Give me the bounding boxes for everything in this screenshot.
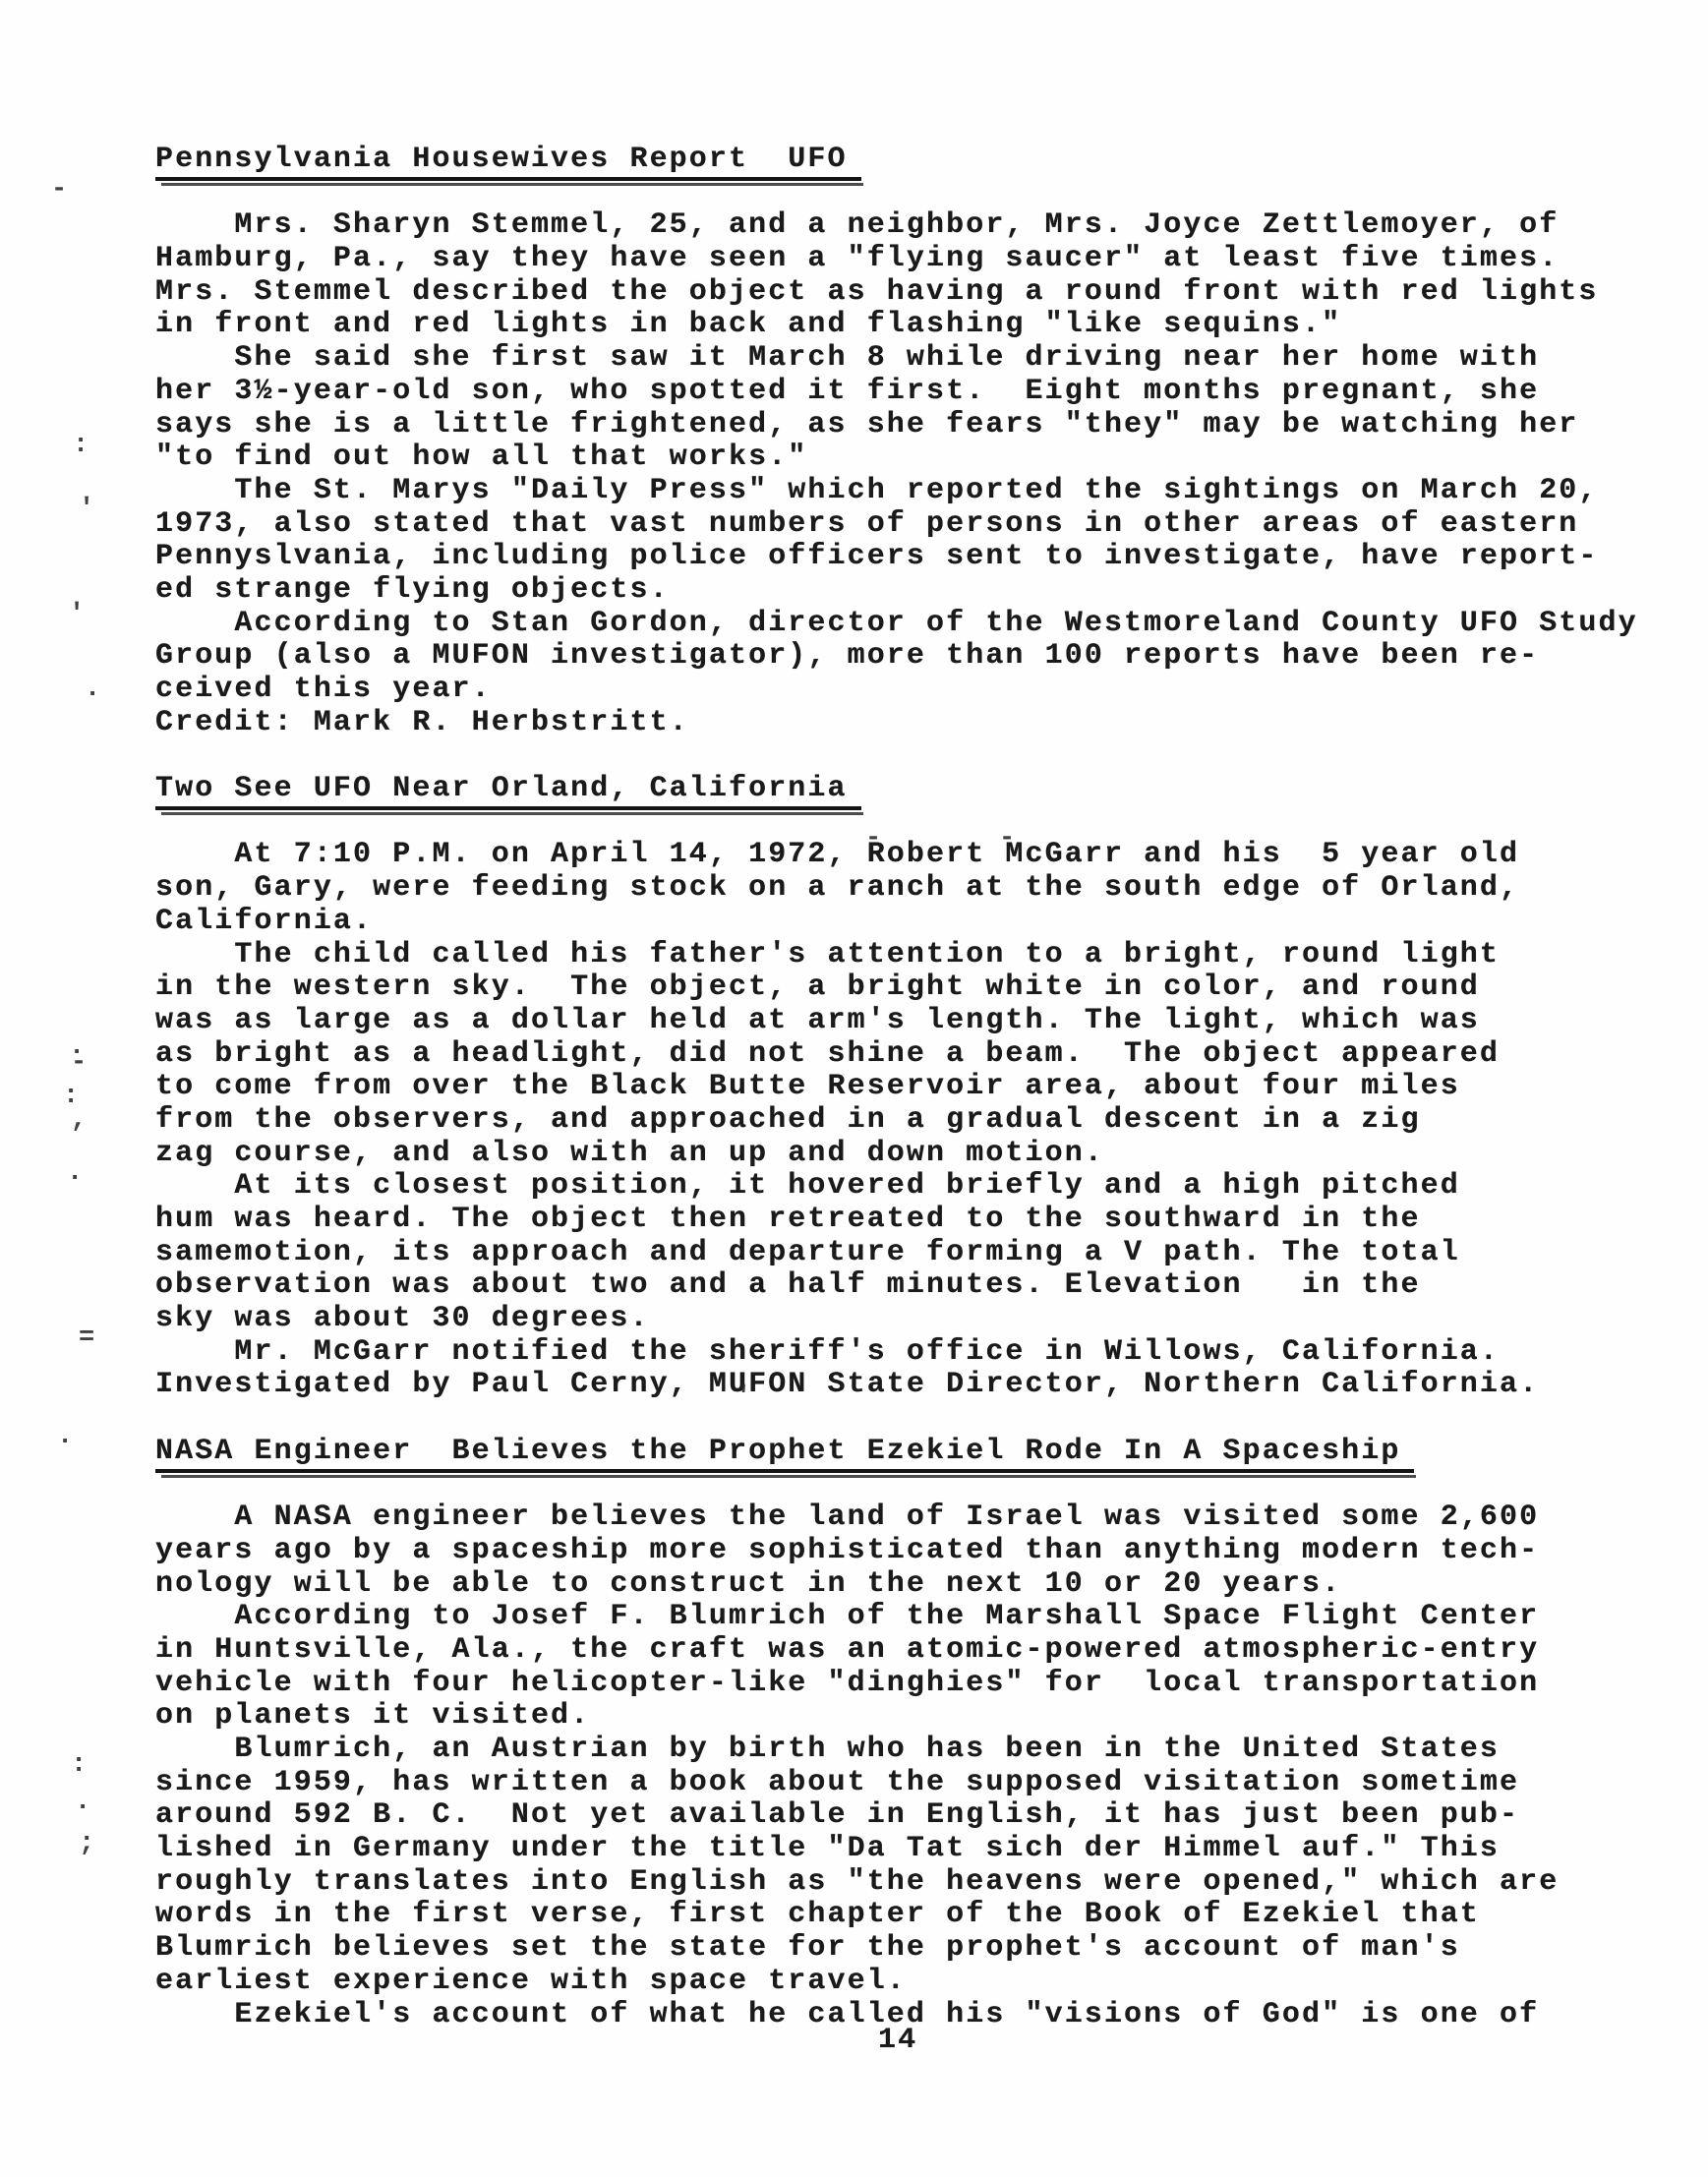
text-line: was as large as a dollar held at arm's l… (155, 1005, 1689, 1038)
section-heading-row: NASA Engineer Believes the Prophet Ezeki… (155, 1436, 1689, 1469)
ink-speck: ' (69, 602, 85, 628)
ink-speck: ; (79, 1831, 94, 1857)
text-line: since 1959, has written a book about the… (155, 1767, 1689, 1800)
ink-speck: ' (736, 1384, 751, 1411)
text-line: sky was about 30 degrees. (155, 1303, 1689, 1336)
ink-speck: - (999, 826, 1015, 853)
spacer-row (155, 739, 1689, 773)
text-line: Blumrich believes set the state for the … (155, 1932, 1689, 1966)
text-line: Pennyslvania, including police officers … (155, 541, 1689, 574)
text-line: Mr. McGarr notified the sheriff's office… (155, 1336, 1689, 1370)
text-line: She said she first saw it March 8 while … (155, 342, 1689, 376)
section-heading: NASA Engineer Believes the Prophet Ezeki… (155, 1436, 1414, 1473)
text-line: "to find out how all that works." (155, 441, 1689, 475)
text-line: Group (also a MUFON investigator), more … (155, 640, 1689, 674)
text-line: words in the first verse, first chapter … (155, 1899, 1689, 1932)
text-line: nology will be able to construct in the … (155, 1568, 1689, 1602)
text-line: Mrs. Stemmel described the object as hav… (155, 276, 1689, 310)
text-line: Hamburg, Pa., say they have seen a "flyi… (155, 243, 1689, 276)
text-column: Pennsylvania Housewives Report UFO Mrs. … (155, 144, 1689, 2031)
ink-speck: . (67, 1160, 83, 1187)
text-line: samemotion, its approach and departure f… (155, 1237, 1689, 1270)
page-number: 14 (878, 2024, 917, 2057)
text-line: vehicle with four helicopter-like "dingh… (155, 1668, 1689, 1701)
text-line: earliest experience with space travel. (155, 1966, 1689, 1999)
text-line: A NASA engineer believes the land of Isr… (155, 1501, 1689, 1535)
text-line: roughly translates into English as "the … (155, 1866, 1689, 1900)
ink-speck: : (73, 433, 88, 459)
text-line: The St. Marys "Daily Press" which report… (155, 475, 1689, 508)
section-heading: Two See UFO Near Orland, California (155, 773, 861, 810)
text-line: says she is a little frightened, as she … (155, 409, 1689, 442)
text-line: California. (155, 906, 1689, 939)
text-line: lished in Germany under the title "Da Ta… (155, 1833, 1689, 1866)
section-heading-row: Two See UFO Near Orland, California (155, 773, 1689, 806)
ink-speck: - (71, 1050, 87, 1077)
text-line: At its closest position, it hovered brie… (155, 1170, 1689, 1204)
text-line: 1973, also stated that vast numbers of p… (155, 508, 1689, 542)
text-line: According to Josef F. Blumrich of the Ma… (155, 1601, 1689, 1634)
ink-speck: . (57, 1424, 73, 1450)
text-line: on planets it visited. (155, 1700, 1689, 1734)
ink-speck: . (75, 1790, 90, 1816)
text-line: hum was heard. The object then retreated… (155, 1204, 1689, 1237)
ink-speck: - (51, 177, 67, 204)
text-line: her 3½-year-old son, who spotted it firs… (155, 376, 1689, 409)
text-line: in Huntsville, Ala., the craft was an at… (155, 1634, 1689, 1668)
section-heading-row: Pennsylvania Housewives Report UFO (155, 144, 1689, 177)
ink-speck: . (85, 677, 100, 703)
text-line: years ago by a spaceship more sophistica… (155, 1535, 1689, 1568)
text-line: ceived this year. (155, 674, 1689, 707)
text-line: to come from over the Black Butte Reserv… (155, 1071, 1689, 1104)
text-line: Blumrich, an Austrian by birth who has b… (155, 1734, 1689, 1767)
spacer-row (155, 1402, 1689, 1436)
ink-speck: : (71, 1752, 87, 1779)
text-line: Credit: Mark R. Herbstritt. (155, 707, 1689, 740)
ink-speck: ' (79, 497, 94, 523)
text-line: At 7:10 P.M. on April 14, 1972, Robert M… (155, 839, 1689, 872)
ink-speck: - (865, 826, 881, 853)
section-heading: Pennsylvania Housewives Report UFO (155, 144, 861, 181)
ink-speck: , (71, 1107, 87, 1134)
text-line: The child called his father's attention … (155, 939, 1689, 972)
text-line: ed strange flying objects. (155, 574, 1689, 608)
text-line: around 592 B. C. Not yet available in En… (155, 1799, 1689, 1833)
text-line: Mrs. Sharyn Stemmel, 25, and a neighbor,… (155, 209, 1689, 243)
text-line: in the western sky. The object, a bright… (155, 971, 1689, 1005)
text-line: According to Stan Gordon, director of th… (155, 608, 1689, 641)
text-line: Investigated by Paul Cerny, MUFON State … (155, 1369, 1689, 1402)
text-line: in front and red lights in back and flas… (155, 309, 1689, 342)
text-line: as bright as a headlight, did not shine … (155, 1038, 1689, 1072)
text-line: observation was about two and a half min… (155, 1269, 1689, 1303)
text-line: Ezekiel's account of what he called his … (155, 1999, 1689, 2032)
text-line: zag course, and also with an up and down… (155, 1138, 1689, 1171)
text-line: son, Gary, were feeding stock on a ranch… (155, 872, 1689, 906)
ink-speck: = (79, 1325, 94, 1352)
text-line: from the observers, and approached in a … (155, 1104, 1689, 1138)
